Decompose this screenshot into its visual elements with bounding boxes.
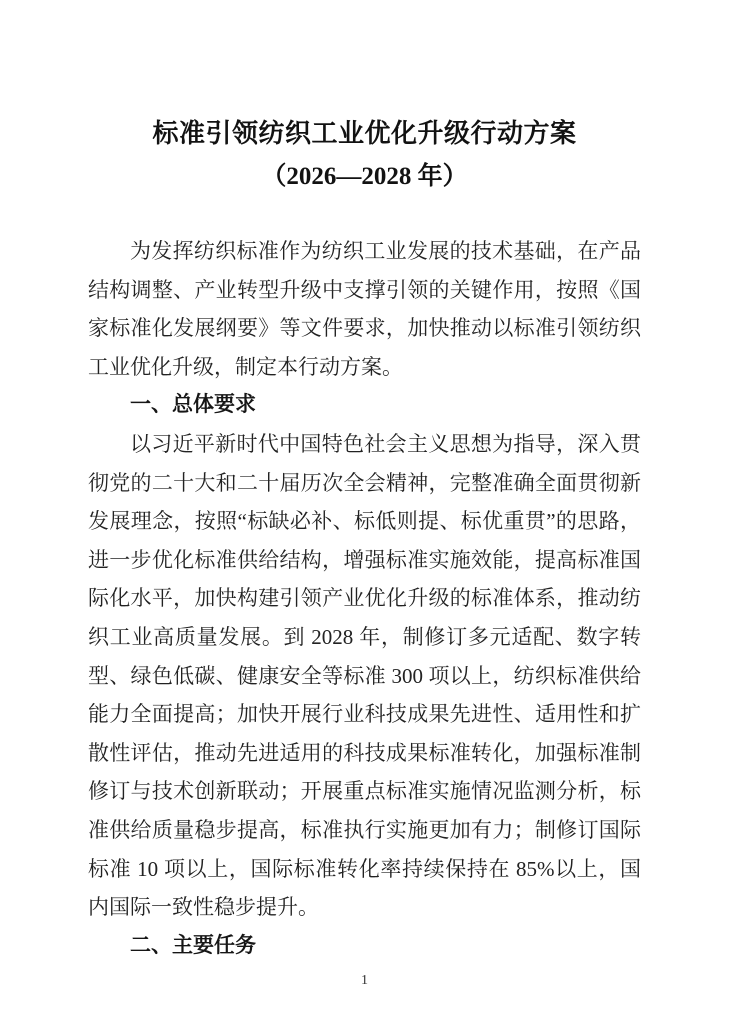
document-title: 标准引领纺织工业优化升级行动方案 （2026—2028 年） — [0, 112, 729, 198]
title-line-1: 标准引领纺织工业优化升级行动方案 — [0, 112, 729, 156]
page-number: 1 — [361, 973, 368, 988]
page-footer: 1 — [0, 971, 729, 989]
document-page: 标准引领纺织工业优化升级行动方案 （2026—2028 年） 为发挥纺织标准作为… — [0, 0, 729, 1016]
intro-paragraph: 为发挥纺织标准作为纺织工业发展的技术基础，在产品结构调整、产业转型升级中支撑引领… — [88, 232, 641, 386]
section-1-body: 以习近平新时代中国特色社会主义思想为指导，深入贯彻党的二十大和二十届历次全会精神… — [88, 425, 641, 927]
section-2-heading: 二、主要任务 — [88, 927, 641, 966]
document-body: 为发挥纺织标准作为纺织工业发展的技术基础，在产品结构调整、产业转型升级中支撑引领… — [88, 232, 641, 965]
title-line-2: （2026—2028 年） — [0, 156, 729, 198]
section-1-heading: 一、总体要求 — [88, 386, 641, 425]
